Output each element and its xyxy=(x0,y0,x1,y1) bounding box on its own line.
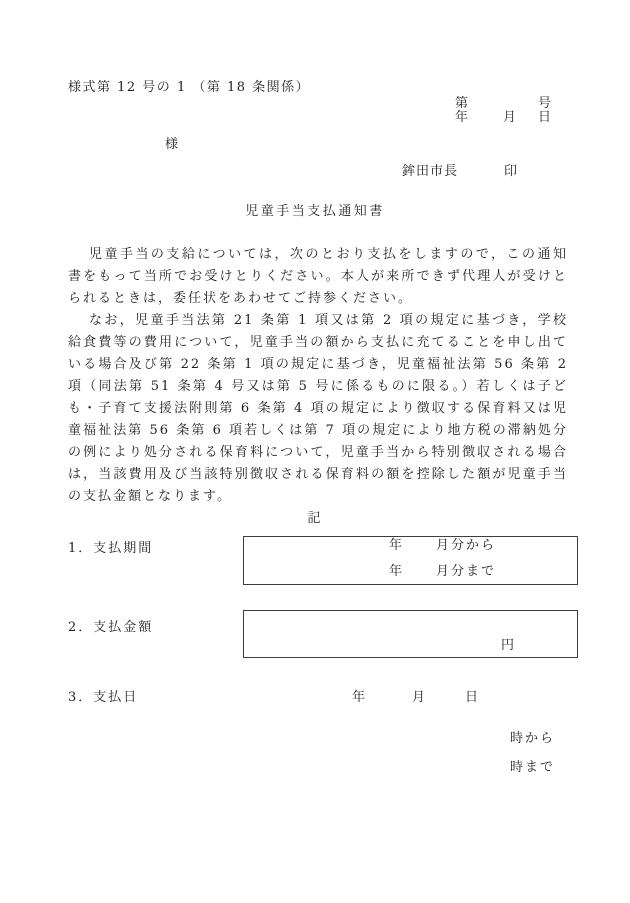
issue-date-line: 年月日 xyxy=(455,106,551,125)
payment-notification-form: 様式第 12 号の 1 （第 18 条関係） 第号 年月日 様 鉾田市長印 児童… xyxy=(0,0,630,903)
payment-date-year-label: 年 xyxy=(352,690,365,705)
issue-date-month-label: 月 xyxy=(503,110,516,125)
page-title: 児童手当支払通知書 xyxy=(0,200,630,219)
payment-amount-box: 円 xyxy=(243,610,578,658)
period-to-suffix: 月分まで xyxy=(436,564,496,579)
payment-period-from: 年月分から xyxy=(389,539,577,552)
paragraph-deduction-notice: なお，児童手当法第 21 条第 1 項又は第 2 項の規定に基づき，学校給食費等… xyxy=(68,310,568,508)
form-number: 様式第 12 号の 1 （第 18 条関係） xyxy=(68,76,310,95)
payment-period-box: 年月分から 年月分まで xyxy=(243,536,578,585)
period-to-year-label: 年 xyxy=(389,564,404,579)
payment-time-to: 時まで xyxy=(510,756,555,775)
period-from-suffix: 月分から xyxy=(436,538,496,553)
issue-date-day-label: 日 xyxy=(538,110,551,125)
payment-period-to: 年月分まで xyxy=(389,565,577,578)
paragraph-payment-notice: 児童手当の支給については，次のとおり支払をしますので，この通知書をもって当所でお… xyxy=(68,244,568,310)
addressee-suffix: 様 xyxy=(165,133,180,152)
payment-time-from: 時から xyxy=(510,727,555,746)
body-text: 児童手当の支給については，次のとおり支払をしますので，この通知書をもって当所でお… xyxy=(68,244,568,508)
section-marker: 記 xyxy=(0,508,630,530)
currency-unit-label: 円 xyxy=(501,639,516,652)
payment-date-line: 年月日 xyxy=(352,686,478,705)
period-from-year-label: 年 xyxy=(389,538,404,553)
payment-period-label: 1．支払期間 xyxy=(68,537,153,556)
issuer-name: 鉾田市長 xyxy=(402,164,458,179)
payment-date-day-label: 日 xyxy=(465,690,478,705)
issue-date-year-label: 年 xyxy=(455,110,468,125)
issuer-line: 鉾田市長印 xyxy=(402,160,517,179)
payment-amount-label: 2．支払金額 xyxy=(68,616,153,635)
seal-mark: 印 xyxy=(504,164,517,179)
payment-date-month-label: 月 xyxy=(412,690,425,705)
payment-date-label: 3．支払日 xyxy=(68,686,138,705)
